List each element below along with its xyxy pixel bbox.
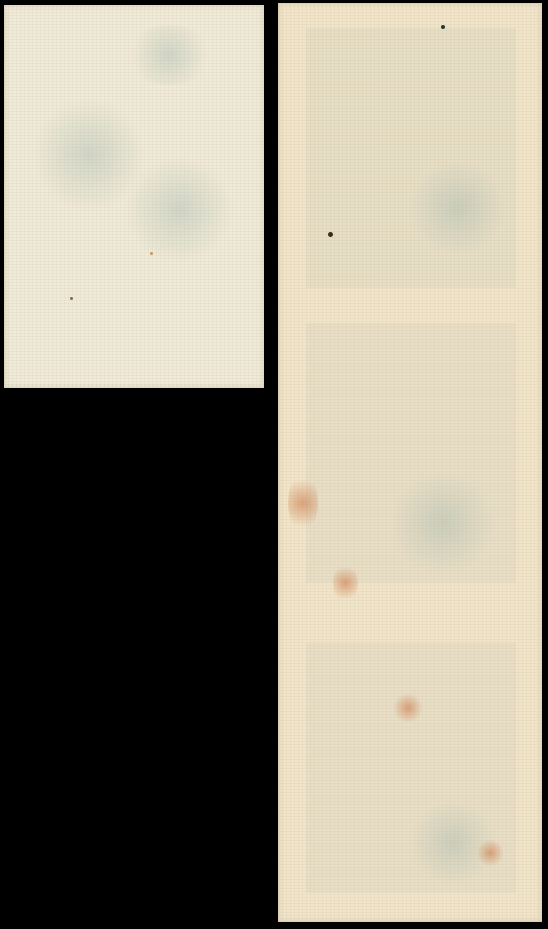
rust-stain [288, 473, 318, 533]
show-through-design [388, 473, 498, 573]
foxing-spot [150, 252, 153, 255]
foxing-spot [70, 297, 73, 300]
show-through-design [124, 155, 234, 265]
dark-spot [328, 232, 333, 237]
rust-stain [393, 693, 423, 723]
dark-spot [441, 25, 445, 29]
single-stamp-back [4, 5, 264, 388]
show-through-design [408, 163, 508, 253]
stamp-strip-back [278, 3, 542, 922]
show-through-design [124, 25, 214, 85]
show-through-frame [306, 28, 516, 288]
rust-stain [478, 838, 503, 868]
rust-stain [333, 563, 358, 603]
